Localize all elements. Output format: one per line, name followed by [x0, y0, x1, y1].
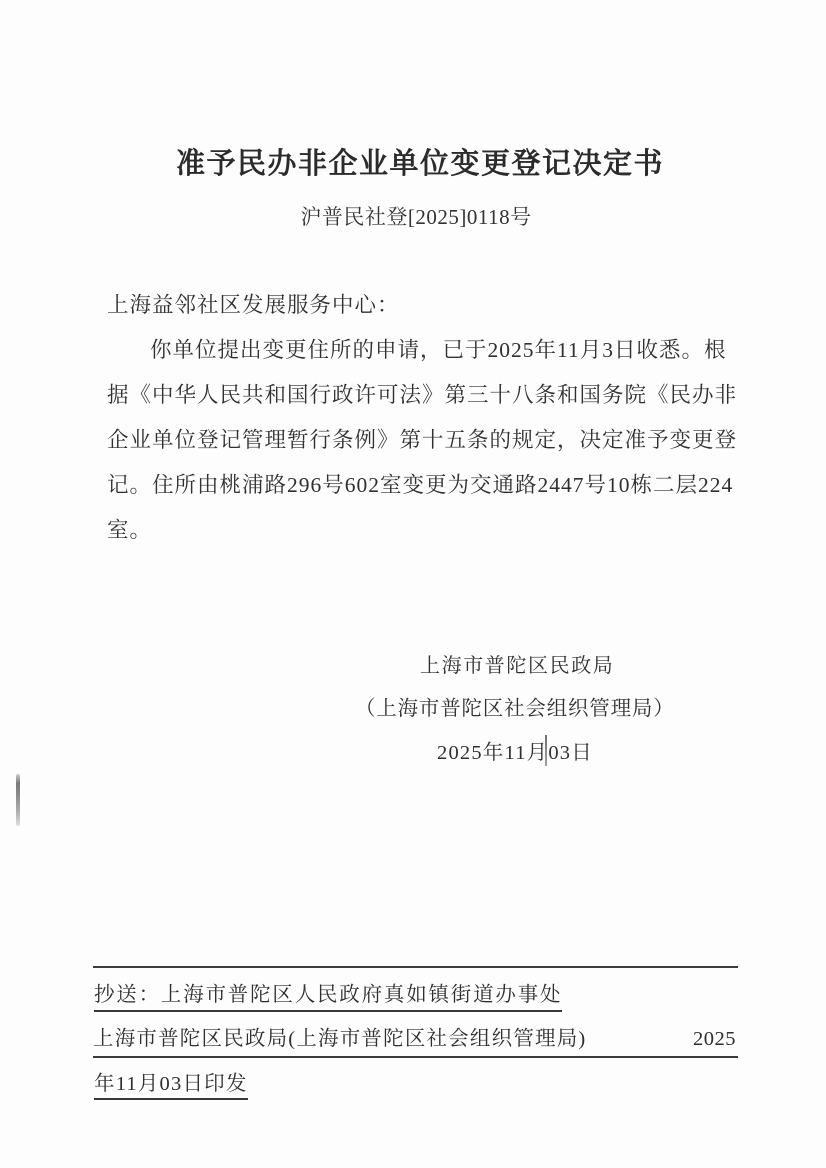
- footer-divider-line: [93, 966, 738, 968]
- footer-issue-date-line: 年11月03日印发: [94, 1066, 248, 1100]
- recipient-line: 上海益邻社区发展服务中心：: [107, 283, 743, 328]
- body-line: 室。: [107, 508, 743, 553]
- scan-cursor-artifact: [545, 735, 547, 766]
- scan-smudge-artifact: [16, 774, 20, 826]
- page-title: 准予民办非企业单位变更登记决定书: [0, 141, 826, 182]
- signature-authority: 上海市普陀区民政局: [420, 649, 614, 678]
- footer-cc-text: 抄送：上海市普陀区人民政府真如镇街道办事处: [94, 977, 562, 1012]
- document-scan-page: 准予民办非企业单位变更登记决定书 沪普民社登[2025]0118号 上海益邻社区…: [0, 0, 826, 1168]
- body-text: 上海益邻社区发展服务中心： 你单位提出变更住所的申请，已于2025年11月3日收…: [107, 283, 743, 553]
- document-number: 沪普民社登[2025]0118号: [0, 201, 826, 231]
- footer-issuer-text: 上海市普陀区民政局(上海市普陀区社会组织管理局): [93, 1021, 586, 1051]
- signature-date: 2025年11月03日: [437, 735, 593, 765]
- footer-issuer-line: 上海市普陀区民政局(上海市普陀区社会组织管理局) 2025: [93, 1021, 738, 1058]
- body-line: 据《中华人民共和国行政许可法》第三十八条和国务院《民办非: [107, 373, 743, 418]
- signature-authority-paren: （上海市普陀区社会组织管理局）: [355, 691, 675, 721]
- body-line: 记。住所由桃浦路296号602室变更为交通路2447号10栋二层224: [107, 463, 743, 508]
- footer-issue-date-text: 年11月03日印发: [94, 1066, 248, 1100]
- footer-cc-line: 抄送：上海市普陀区人民政府真如镇街道办事处: [94, 977, 562, 1012]
- footer-issue-year: 2025: [693, 1028, 738, 1051]
- body-line: 你单位提出变更住所的申请，已于2025年11月3日收悉。根: [107, 328, 743, 373]
- body-line: 企业单位登记管理暂行条例》第十五条的规定，决定准予变更登: [107, 418, 743, 463]
